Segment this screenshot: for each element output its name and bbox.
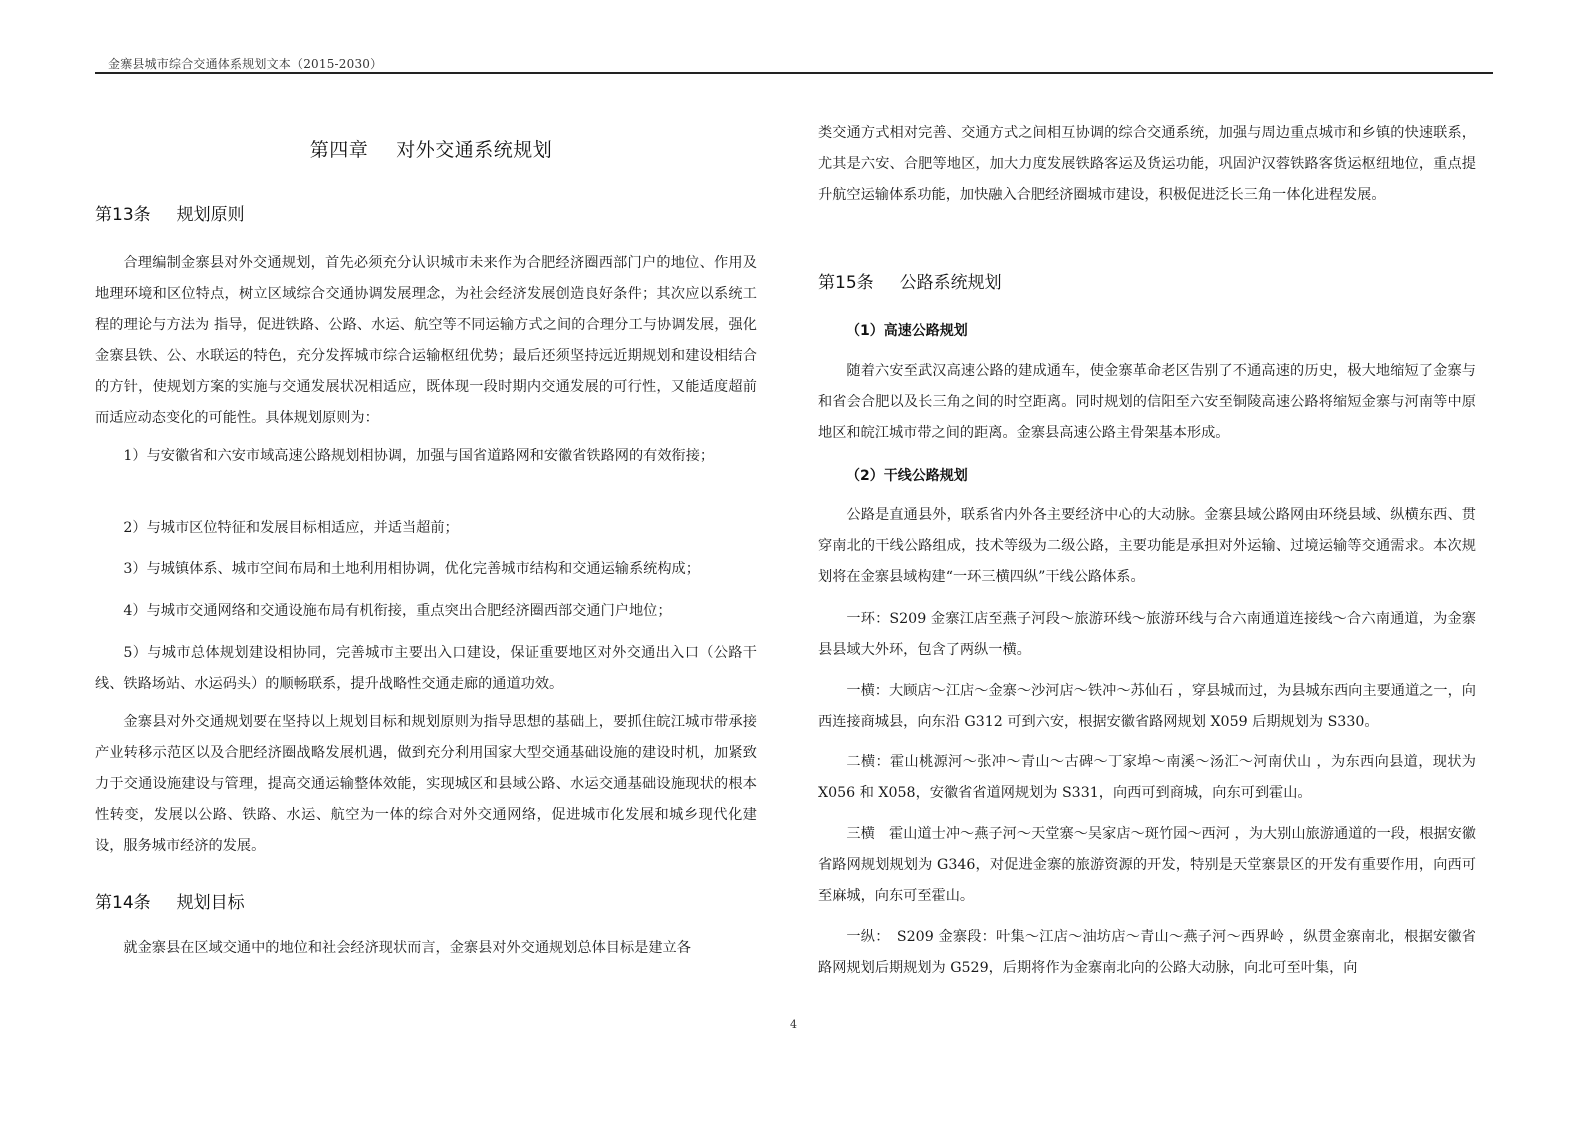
article-title: 公路系统规划	[900, 273, 1002, 293]
principle-1: 1）与安徽省和六安市域高速公路规划相协调，加强与国省道路网和安徽省铁路网的有效衔…	[95, 441, 757, 472]
article-title: 规划目标	[177, 893, 245, 913]
article-13-heading: 第13条规划原则	[95, 200, 245, 225]
principle-5: 5）与城市总体规划建设相协同，完善城市主要出入口建设，保证重要地区对外交通出入口…	[95, 638, 757, 700]
chapter-name: 对外交通系统规划	[396, 139, 552, 161]
article-14-heading: 第14条规划目标	[95, 888, 245, 913]
principle-4: 4）与城市交通网络和交通设施布局有机衔接，重点突出合肥经济圈西部交通门户地位；	[95, 596, 757, 627]
chapter-title: 第四章对外交通系统规划	[95, 135, 767, 162]
article-number: 第14条	[95, 893, 151, 913]
article-title: 规划原则	[177, 205, 245, 225]
subsection-2-heading: （2）干线公路规划	[846, 465, 968, 485]
article-13-intro: 合理编制金寨县对外交通规划，首先必须充分认识城市未来作为合肥经济圈西部门户的地位…	[95, 248, 757, 434]
chapter-number: 第四章	[310, 139, 369, 161]
route-ring: 一环：S209 金寨江店至燕子河段～旅游环线～旅游环线与合六南通道连接线～合六南…	[818, 604, 1476, 666]
article-number: 第13条	[95, 205, 151, 225]
principle-3: 3）与城镇体系、城市空间布局和土地利用相协调，优化完善城市结构和交通运输系统构成…	[95, 554, 767, 585]
article-13-closing: 金寨县对外交通规划要在坚持以上规划目标和规划原则为指导思想的基础上，要抓住皖江城…	[95, 707, 757, 862]
route-east-west-1: 一横：大顾店～江店～金寨～沙河店～铁冲～苏仙石 ，穿县城而过，为县城东西向主要通…	[818, 676, 1476, 738]
subsection-1-text: 随着六安至武汉高速公路的建成通车，使金寨革命老区告别了不通高速的历史，极大地缩短…	[818, 356, 1476, 449]
header-rule	[95, 72, 1493, 74]
principle-2: 2）与城市区位特征和发展目标相适应，并适当超前；	[95, 513, 757, 544]
article-15-heading: 第15条公路系统规划	[818, 268, 1002, 293]
article-14-text-start: 就金寨县在区域交通中的地位和社会经济现状而言，金寨县对外交通规划总体目标是建立各	[95, 933, 757, 964]
route-north-south-1: 一纵： S209 金寨段：叶集～江店～油坊店～青山～燕子河～西界岭 ，纵贯金寨南…	[818, 922, 1476, 984]
subsection-2-intro: 公路是直通县外，联系省内外各主要经济中心的大动脉。金寨县域公路网由环绕县域、纵横…	[818, 500, 1476, 593]
route-east-west-3: 三横 霍山道士冲～燕子河～天堂寨～吴家店～斑竹园～西河 ，为大别山旅游通道的一段…	[818, 819, 1476, 912]
running-header: 金寨县城市综合交通体系规划文本（2015-2030）	[108, 55, 382, 72]
article-14-text-continued: 类交通方式相对完善、交通方式之间相互协调的综合交通系统，加强与周边重点城市和乡镇…	[818, 118, 1476, 211]
page-number: 4	[0, 1018, 1587, 1031]
route-east-west-2: 二横：霍山桃源河～张冲～青山～古碑～丁家埠～南溪～汤汇～河南伏山 ，为东西向县道…	[818, 747, 1476, 809]
subsection-1-heading: （1）高速公路规划	[846, 320, 968, 340]
article-number: 第15条	[818, 273, 874, 293]
